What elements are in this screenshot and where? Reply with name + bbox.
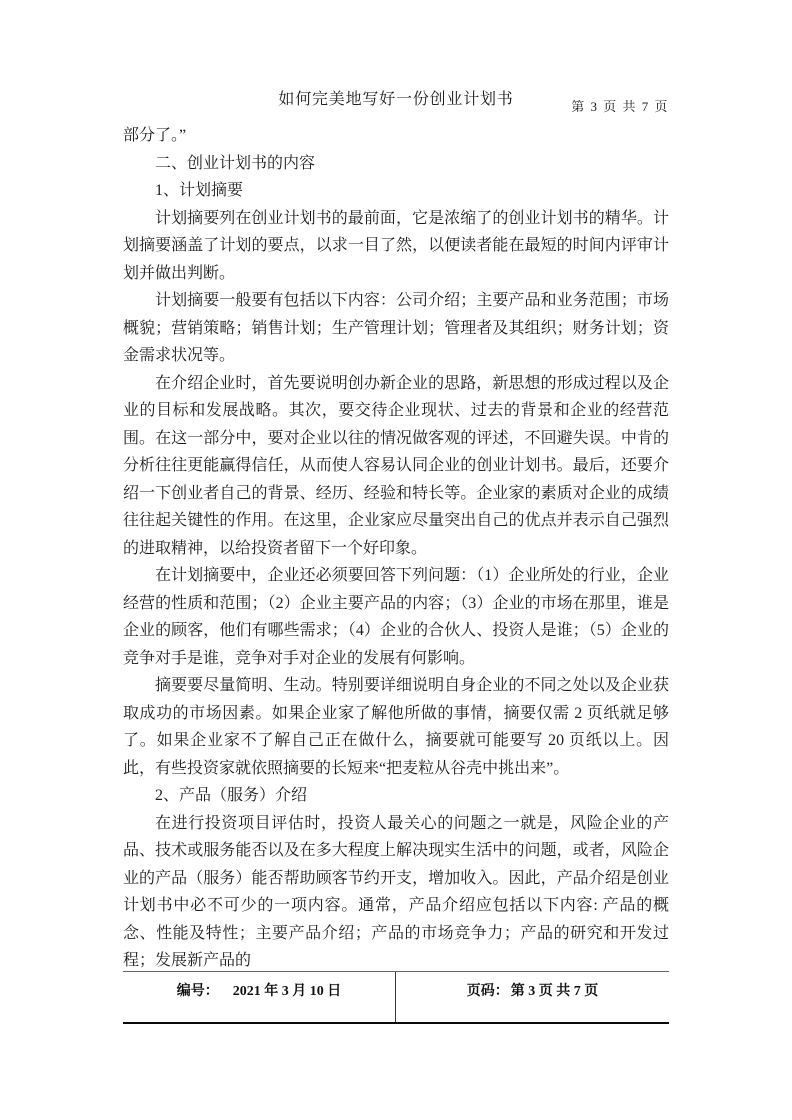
document-page: 如何完美地写好一份创业计划书 第 3 页 共 7 页 部分了。” 二、创业计划书… (0, 0, 792, 1120)
footer-number-cell: 编号：2021 年 3 月 10 日 (123, 972, 396, 1022)
body-paragraph: 计划摘要列在创业计划书的最前面，它是浓缩了的创业计划书的精华。计划摘要涵盖了计划… (123, 205, 669, 288)
body-paragraph: 在计划摘要中，企业还必须要回答下列问题：（1）企业所处的行业，企业经营的性质和范… (123, 562, 669, 672)
footer-number-value: 2021 年 3 月 10 日 (233, 984, 342, 999)
footer-table: 编号：2021 年 3 月 10 日 页码：第 3 页 共 7 页 (123, 971, 669, 1024)
body-paragraph: 在进行投资项目评估时，投资人最关心的问题之一就是，风险企业的产品、技术或服务能否… (123, 810, 669, 975)
document-body: 部分了。” 二、创业计划书的内容 1、计划摘要 计划摘要列在创业计划书的最前面，… (123, 122, 669, 975)
page-header: 如何完美地写好一份创业计划书 第 3 页 共 7 页 (123, 86, 669, 120)
subsection-heading: 2、产品（服务）介绍 (123, 782, 669, 810)
continuation-paragraph: 部分了。” (123, 122, 669, 150)
document-title: 如何完美地写好一份创业计划书 (278, 86, 513, 109)
footer-page-cell: 页码：第 3 页 共 7 页 (396, 972, 669, 1022)
body-paragraph: 摘要要尽量简明、生动。特别要详细说明自身企业的不同之处以及企业获取成功的市场因素… (123, 672, 669, 782)
section-heading: 二、创业计划书的内容 (123, 150, 669, 178)
header-page-indicator: 第 3 页 共 7 页 (571, 96, 669, 115)
body-paragraph: 在介绍企业时，首先要说明创办新企业的思路，新思想的形成过程以及企业的目标和发展战… (123, 370, 669, 563)
subsection-heading: 1、计划摘要 (123, 177, 669, 205)
footer-page-label: 页码： (467, 984, 509, 999)
body-paragraph: 计划摘要一般要有包括以下内容：公司介绍；主要产品和业务范围；市场概貌；营销策略；… (123, 287, 669, 370)
footer-page-value: 第 3 页 共 7 页 (511, 984, 599, 999)
footer-number-label: 编号： (177, 984, 219, 999)
